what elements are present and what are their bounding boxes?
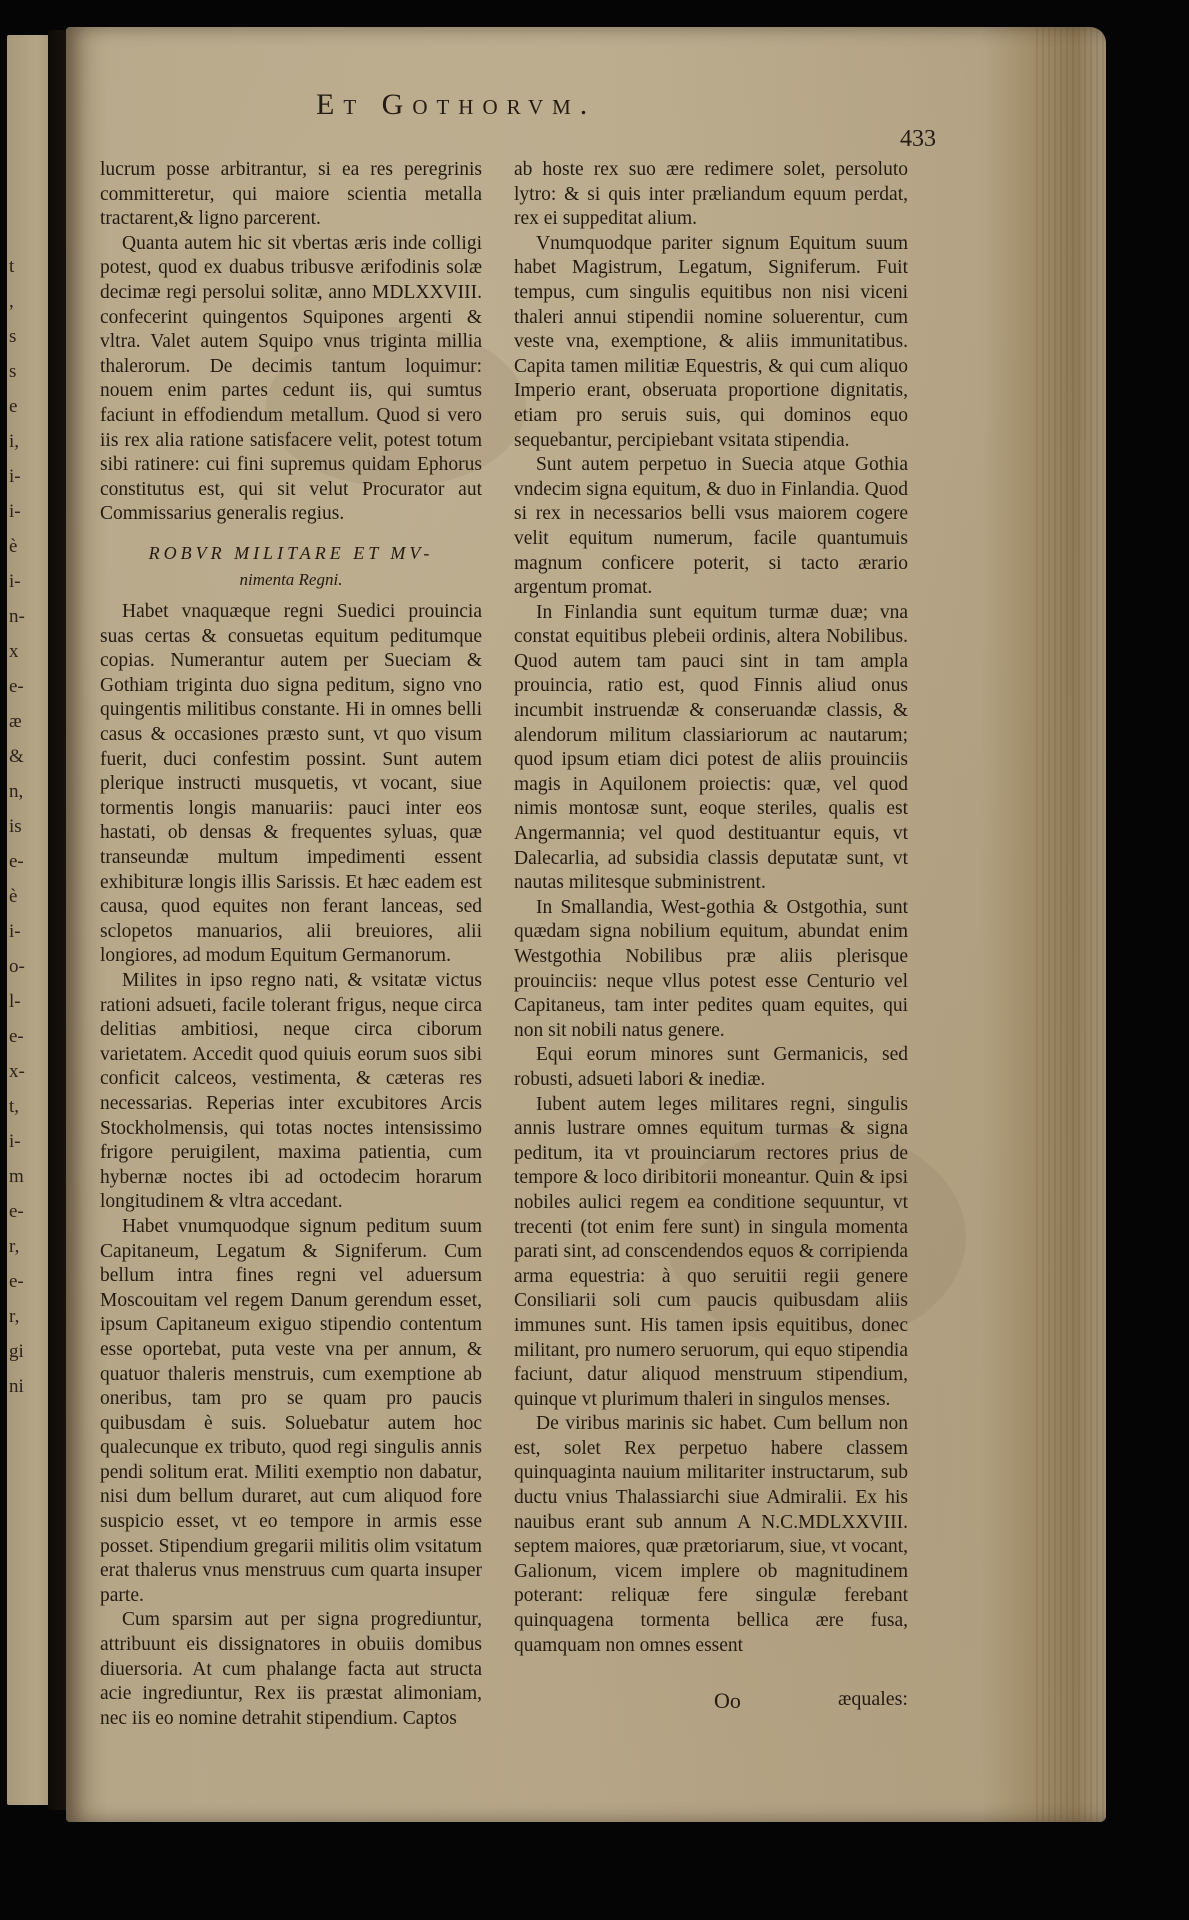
paragraph: Cum sparsim aut per signa progrediuntur,…	[100, 1608, 482, 1731]
section-heading: ROBVR MILITARE ET MV-	[100, 541, 482, 566]
previous-page-text-fragment: t	[9, 257, 14, 276]
previous-page-text-fragment: t,	[9, 1097, 19, 1116]
paragraph: Vnumquodque pariter signum Equitum suum …	[514, 232, 908, 453]
previous-page-text-fragment: i-	[9, 467, 21, 486]
previous-page-text-fragment: e-	[9, 1272, 24, 1291]
paragraph: ab hoste rex suo ære redimere solet, per…	[514, 158, 908, 232]
section-subheading: nimenta Regni.	[100, 568, 482, 593]
previous-page-text-fragment: r,	[9, 1237, 19, 1256]
paragraph: Equi eorum minores sunt Germanicis, sed …	[514, 1043, 908, 1092]
previous-page-text-fragment: s	[9, 362, 16, 381]
previous-page-text-fragment: è	[9, 887, 17, 906]
signature-mark: Oo	[714, 1688, 741, 1714]
right-column: ab hoste rex suo ære redimere solet, per…	[514, 158, 908, 1658]
previous-page-text-fragment: i-	[9, 502, 21, 521]
catchword: æquales:	[838, 1688, 908, 1711]
paragraph: lucrum posse arbitrantur, si ea res pere…	[100, 158, 482, 232]
paragraph: Iubent autem leges militares regni, sing…	[514, 1093, 908, 1413]
previous-page-text-fragment: i-	[9, 922, 21, 941]
previous-page-text-fragment: o-	[9, 957, 25, 976]
page-number: 433	[900, 126, 936, 153]
previous-page-text-fragment: n-	[9, 607, 25, 626]
previous-page-text-fragment: r,	[9, 1307, 19, 1326]
previous-page-text-fragment: e-	[9, 1027, 24, 1046]
previous-page-text-fragment: n,	[9, 782, 23, 801]
paragraph: Habet vnaquæque regni Suedici prouincia …	[100, 600, 482, 969]
previous-page-text-fragment: i-	[9, 572, 21, 591]
page-edges	[1036, 27, 1106, 1822]
previous-page-text-fragment: e-	[9, 852, 24, 871]
previous-page-text-fragment: i,	[9, 432, 19, 451]
paragraph: Quanta autem hic sit vbertas æris inde c…	[100, 232, 482, 527]
left-column: lucrum posse arbitrantur, si ea res pere…	[100, 158, 482, 1731]
previous-page-text-fragment: è	[9, 537, 17, 556]
previous-page-text-fragment: l-	[9, 992, 21, 1011]
previous-page-text-fragment: x	[9, 642, 19, 661]
previous-page-text-fragment: e	[9, 397, 17, 416]
paragraph: Habet vnumquodque signum peditum suum Ca…	[100, 1215, 482, 1609]
previous-page-text-fragment: e-	[9, 1202, 24, 1221]
previous-page-text-fragment: æ	[9, 712, 22, 731]
previous-page-text-fragment: x-	[9, 1062, 25, 1081]
paragraph: Sunt autem perpetuo in Suecia atque Goth…	[514, 453, 908, 601]
previous-page-text-fragment: &	[9, 747, 24, 766]
previous-page-text-fragment: s	[9, 327, 16, 346]
previous-page-text-fragment: ,	[9, 292, 14, 311]
running-head: Et Gothorvm.	[316, 88, 596, 122]
previous-page-text-fragment: gi	[9, 1342, 24, 1361]
paragraph: In Smallandia, West-gothia & Ostgothia, …	[514, 896, 908, 1044]
previous-page-text-fragment: i-	[9, 1132, 21, 1151]
paragraph: De viribus marinis sic habet. Cum bellum…	[514, 1412, 908, 1658]
previous-page-text-fragment: e-	[9, 677, 24, 696]
paragraph: In Finlandia sunt equitum turmæ duæ; vna…	[514, 601, 908, 896]
previous-page-text-fragment: m	[9, 1167, 24, 1186]
previous-page-text-fragment: is	[9, 817, 22, 836]
paragraph: Milites in ipso regno nati, & vsitatæ vi…	[100, 969, 482, 1215]
previous-page-text-fragment: ni	[9, 1377, 24, 1396]
